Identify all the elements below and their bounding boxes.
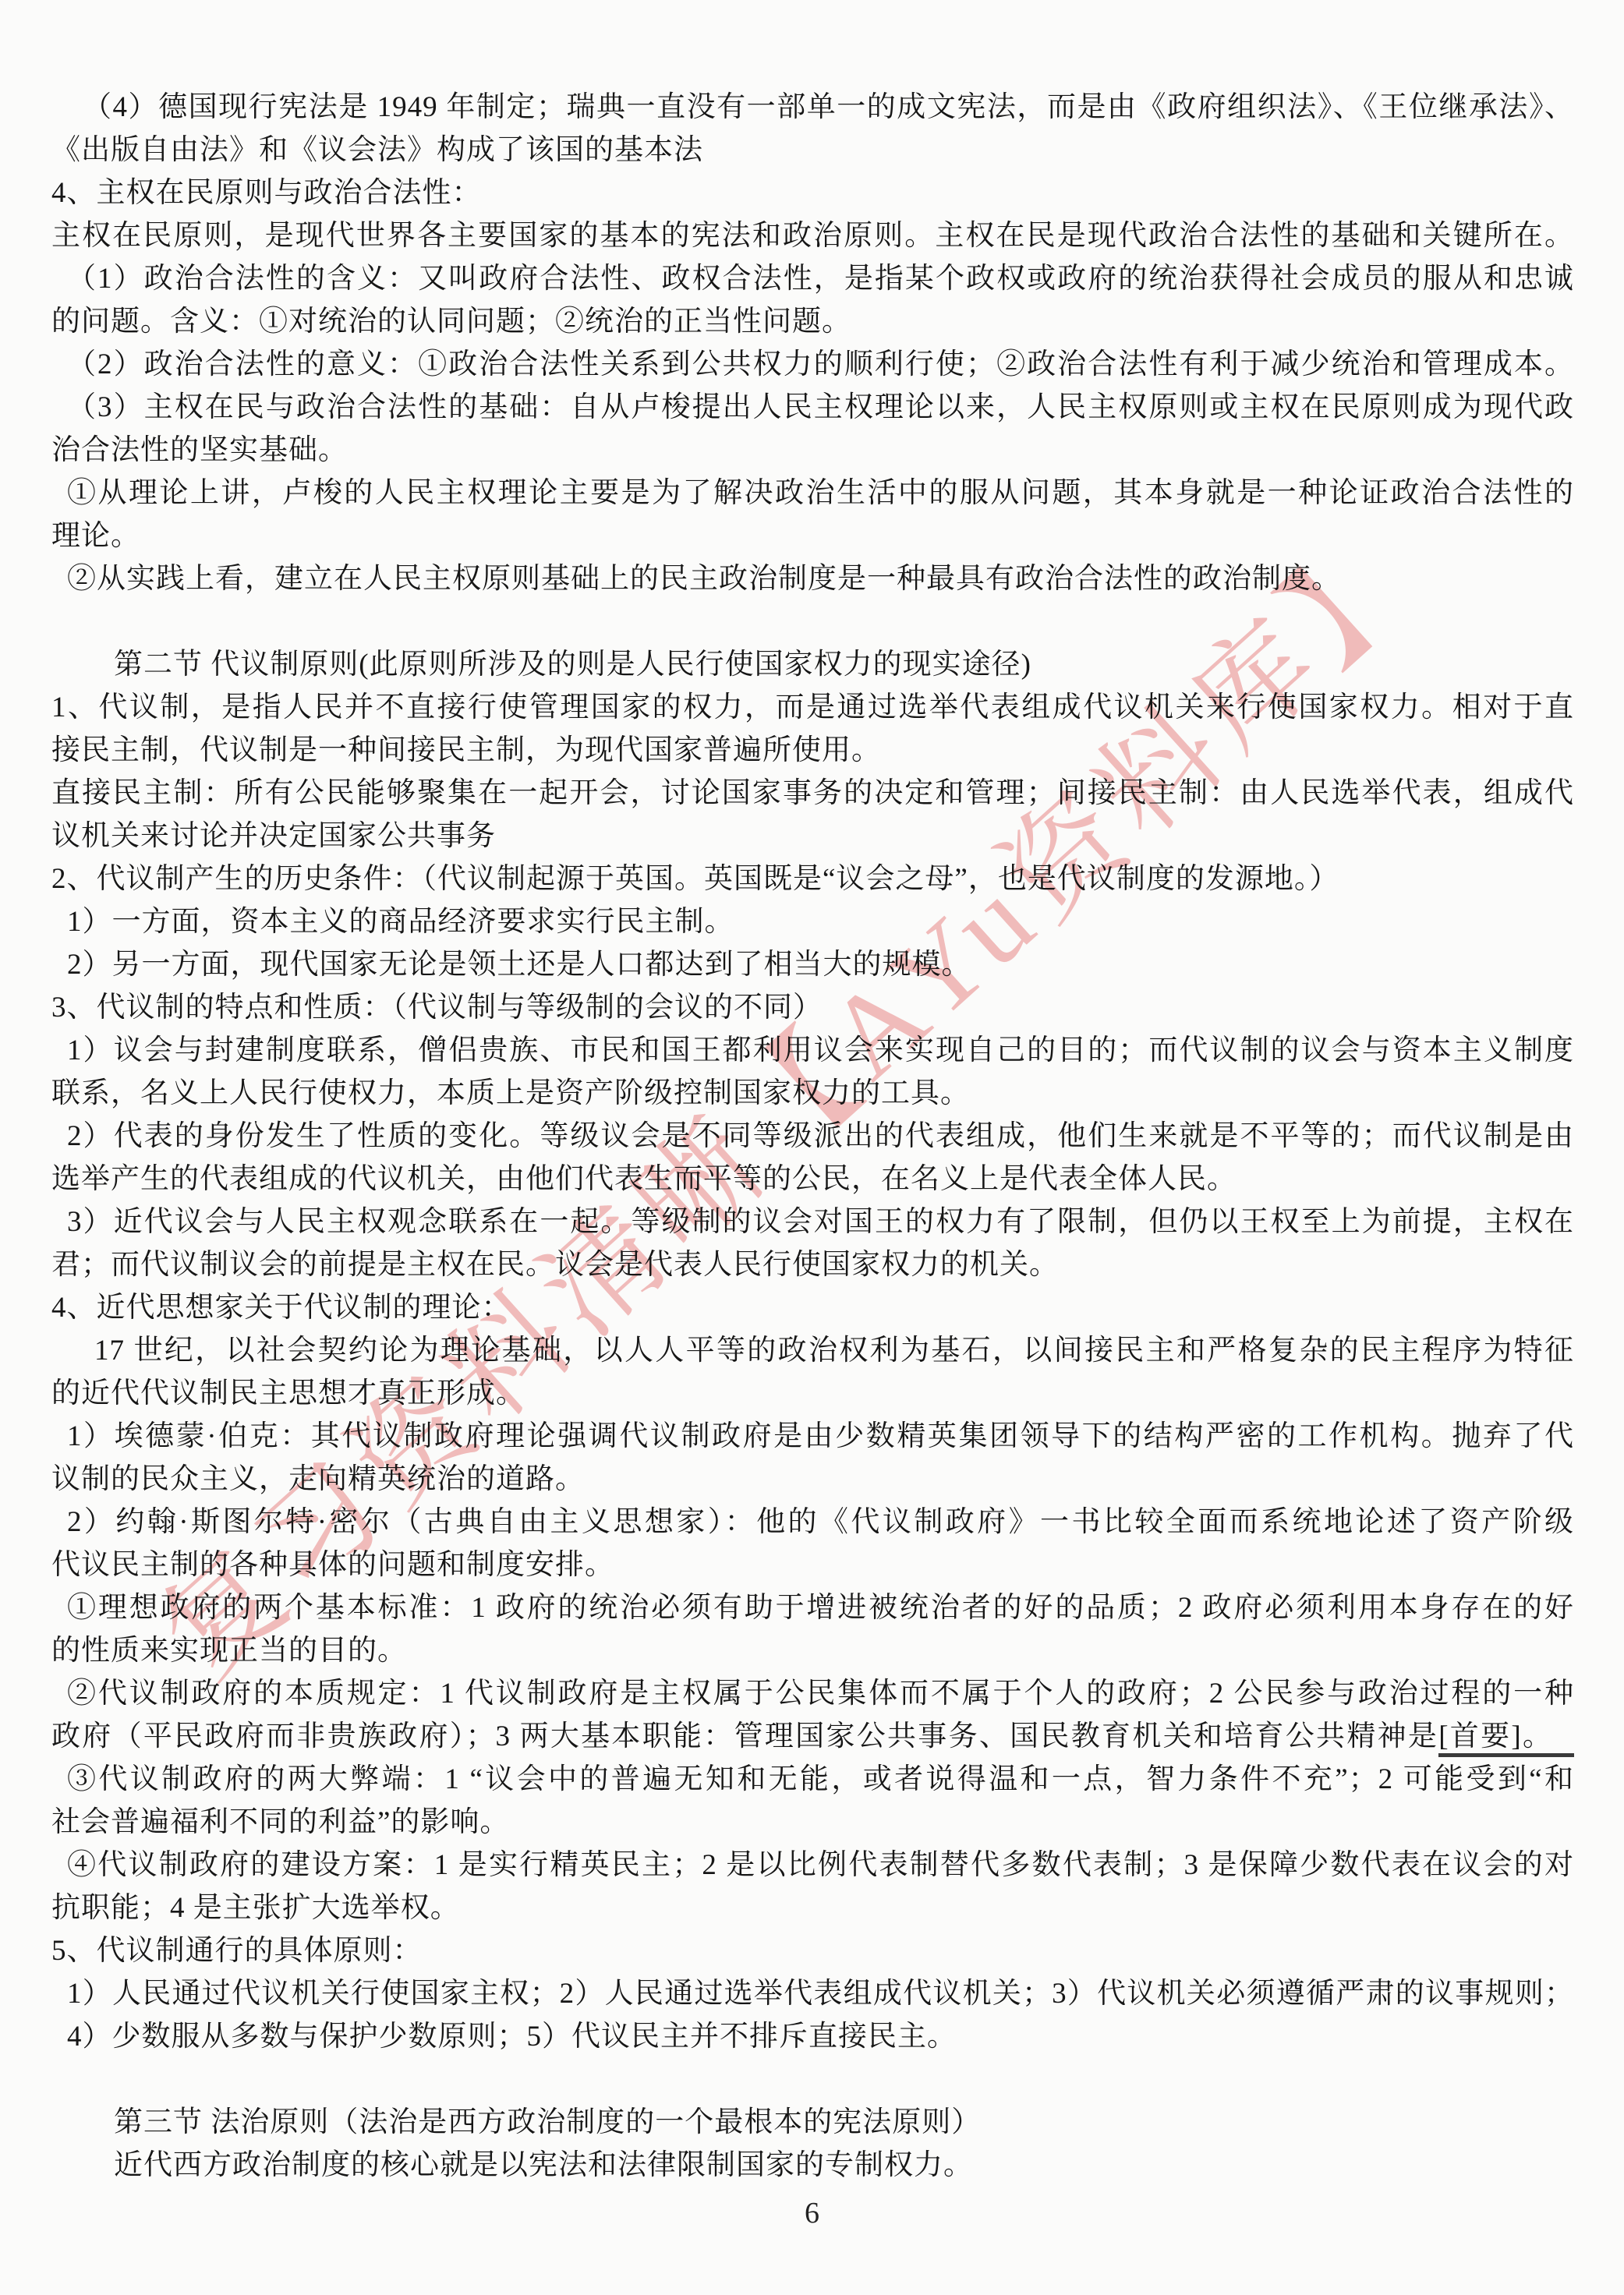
line-text: 代议民主制的各种具体的问题和制度安排。 [51,1549,614,1581]
text-line: ④代议制政府的建设方案：1 是实行精英民主；2 是以比例代表制替代多数代表制；3… [51,1844,1574,1887]
text-line: 4、近代思想家关于代议制的理论： [51,1286,1574,1329]
text-line: 2）约翰·斯图尔特·密尔（古典自由主义思想家）：他的《代议制政府》一书比较全面而… [51,1501,1574,1544]
line-text: ②代议制政府的本质规定：1 代议制政府是主权属于公民集体而不属于个人的政府；2 … [67,1678,1574,1710]
line-text: 近代西方政治制度的核心就是以宪法和法律限制国家的专制权力。 [114,2149,973,2181]
line-text: 1）议会与封建制度联系，僧侣贵族、市民和国王都利用议会来实现自己的目的；而代议制… [67,1034,1574,1066]
text-line: 2）另一方面，现代国家无论是领土还是人口都达到了相当大的规模。 [51,943,1574,986]
line-text: 治合法性的坚实基础。 [51,434,348,466]
text-line: 4）少数服从多数与保护少数原则；5）代议民主并不排斥直接民主。 [51,2015,1574,2058]
line-text: 的性质来实现正当的目的。 [51,1635,407,1667]
text-line: 主权在民原则，是现代世界各主要国家的基本的宪法和政治原则。主权在民是现代政治合法… [51,214,1574,257]
line-text: ①理想政府的两个基本标准：1 政府的统治必须有助于增进被统治者的好的品质；2 政… [67,1592,1574,1624]
line-text: （4）德国现行宪法是 1949 年制定；瑞典一直没有一部单一的成文宪法，而是由《… [83,91,1574,123]
text-line: 2、代议制产生的历史条件：（代议制起源于英国。英国既是“议会之母”，也是代议制度… [51,858,1574,900]
underlined-text: [首要]。 [1438,1720,1574,1757]
text-line: 代议民主制的各种具体的问题和制度安排。 [51,1544,1574,1586]
text-line: 1、代议制，是指人民并不直接行使管理国家的权力，而是通过选举代表组成代议机关来行… [51,686,1574,729]
line-text: 1）埃德蒙·伯克：其代议制政府理论强调代议制政府是由少数精英集团领导下的结构严密… [67,1420,1574,1452]
line-text: 1）人民通过代议机关行使国家主权；2）人民通过选举代表组成代议机关；3）代议机关… [67,1978,1574,2010]
line-text: 4）少数服从多数与保护少数原则；5）代议民主并不排斥直接民主。 [67,2021,957,2053]
line-text: 3）近代议会与人民主权观念联系在一起。等级制的议会对国王的权力有了限制，但仍以王… [67,1206,1574,1238]
line-text: 直接民主制：所有公民能够聚集在一起开会，讨论国家事务的决定和管理；间接民主制：由… [51,777,1574,809]
text-line: 治合法性的坚实基础。 [51,429,1574,472]
line-text: 社会普遍福利不同的利益”的影响。 [51,1806,509,1838]
line-text: ③代议制政府的两大弊端：1 “议会中的普遍无知和无能，或者说得温和一点，智力条件… [67,1763,1574,1795]
blank-line [51,2058,1574,2101]
line-text: ④代议制政府的建设方案：1 是实行精英民主；2 是以比例代表制替代多数代表制；3… [67,1849,1574,1881]
text-line: 的近代代议制民主思想才真正形成。 [51,1372,1574,1415]
line-text: 的问题。含义：①对统治的认同问题；②统治的正当性问题。 [51,306,851,338]
line-text: 第二节 代议制原则(此原则所涉及的则是人民行使国家权力的现实途径) [114,649,1031,681]
text-line: 议机关来讨论并决定国家公共事务 [51,815,1574,858]
line-text: 君；而代议制议会的前提是主权在民。议会是代表人民行使国家权力的机关。 [51,1249,1059,1281]
text-line: （1）政治合法性的含义：又叫政府合法性、政权合法性，是指某个政权或政府的统治获得… [51,257,1574,300]
line-text: 主权在民原则，是现代世界各主要国家的基本的宪法和政治原则。主权在民是现代政治合法… [51,220,1574,252]
text-line: 1）埃德蒙·伯克：其代议制政府理论强调代议制政府是由少数精英集团领导下的结构严密… [51,1415,1574,1458]
text-line: 政府（平民政府而非贵族政府）；3 两大基本职能：管理国家公共事务、国民教育机关和… [51,1715,1574,1758]
line-text: 第三节 法治原则（法治是西方政治制度的一个最根本的宪法原则） [114,2106,981,2138]
line-text: 选举产生的代表组成的代议机关，由他们代表生而平等的公民，在名义上是代表全体人民。 [51,1163,1237,1195]
text-line: 理论。 [51,515,1574,557]
text-line: 的问题。含义：①对统治的认同问题；②统治的正当性问题。 [51,300,1574,343]
text-line: 的性质来实现正当的目的。 [51,1629,1574,1672]
line-text: 4、主权在民原则与政治合法性： [51,177,482,209]
line-text: 5、代议制通行的具体原则： [51,1935,423,1967]
text-line: 1）人民通过代议机关行使国家主权；2）人民通过选举代表组成代议机关；3）代议机关… [51,1972,1574,2015]
text-line: ②从实践上看，建立在人民主权原则基础上的民主政治制度是一种最具有政治合法性的政治… [51,557,1574,600]
text-line: 17 世纪，以社会契约论为理论基础，以人人平等的政治权利为基石，以间接民主和严格… [51,1329,1574,1372]
text-line: ①从理论上讲，卢梭的人民主权理论主要是为了解决政治生活中的服从问题，其本身就是一… [51,472,1574,515]
text-line: 3、代议制的特点和性质：（代议制与等级制的会议的不同） [51,986,1574,1029]
line-text: 1、代议制，是指人民并不直接行使管理国家的权力，而是通过选举代表组成代议机关来行… [51,691,1574,723]
line-text: 政府（平民政府而非贵族政府）；3 两大基本职能：管理国家公共事务、国民教育机关和… [51,1720,1438,1752]
line-text: 4、近代思想家关于代议制的理论： [51,1292,511,1324]
text-line: （4）德国现行宪法是 1949 年制定；瑞典一直没有一部单一的成文宪法，而是由《… [51,86,1574,129]
line-text: （2）政治合法性的意义：①政治合法性关系到公共权力的顺利行使；②政治合法性有利于… [67,348,1574,380]
line-text: 抗职能；4 是主张扩大选举权。 [51,1892,460,1924]
line-text: 1）一方面，资本主义的商品经济要求实行民主制。 [67,906,734,938]
line-text: ①从理论上讲，卢梭的人民主权理论主要是为了解决政治生活中的服从问题，其本身就是一… [67,477,1574,509]
text-line: 君；而代议制议会的前提是主权在民。议会是代表人民行使国家权力的机关。 [51,1243,1574,1286]
blank-line [51,600,1574,643]
text-line: ①理想政府的两个基本标准：1 政府的统治必须有助于增进被统治者的好的品质；2 政… [51,1586,1574,1629]
text-line: 抗职能；4 是主张扩大选举权。 [51,1887,1574,1929]
line-text: 联系，名义上人民行使权力，本质上是资产阶级控制国家权力的工具。 [51,1077,970,1109]
text-line: 《出版自由法》和《议会法》构成了该国的基本法 [51,129,1574,172]
line-text: ②从实践上看，建立在人民主权原则基础上的民主政治制度是一种最具有政治合法性的政治… [67,563,1341,595]
line-text: 接民主制，代议制是一种间接民主制，为现代国家普遍所使用。 [51,734,881,766]
document-page: 复习资料清晰【AYu资料库】 （4）德国现行宪法是 1949 年制定；瑞典一直没… [0,0,1624,2295]
text-line: 1）一方面，资本主义的商品经济要求实行民主制。 [51,900,1574,943]
line-text: 17 世纪，以社会契约论为理论基础，以人人平等的政治权利为基石，以间接民主和严格… [94,1335,1574,1367]
text-line: （2）政治合法性的意义：①政治合法性关系到公共权力的顺利行使；②政治合法性有利于… [51,343,1574,386]
page-number: 6 [0,2192,1624,2235]
line-text: 3、代议制的特点和性质：（代议制与等级制的会议的不同） [51,992,823,1024]
line-text: 议机关来讨论并决定国家公共事务 [51,820,496,852]
line-text: 2、代议制产生的历史条件：（代议制起源于英国。英国既是“议会之母”，也是代议制度… [51,863,1339,895]
line-text: 《出版自由法》和《议会法》构成了该国的基本法 [51,134,703,166]
text-line: 4、主权在民原则与政治合法性： [51,172,1574,214]
text-line: 直接民主制：所有公民能够聚集在一起开会，讨论国家事务的决定和管理；间接民主制：由… [51,772,1574,815]
text-line: 1）议会与封建制度联系，僧侣贵族、市民和国王都利用议会来实现自己的目的；而代议制… [51,1029,1574,1072]
text-line: 2）代表的身份发生了性质的变化。等级议会是不同等级派出的代表组成，他们生来就是不… [51,1115,1574,1158]
line-text: 的近代代议制民主思想才真正形成。 [51,1377,525,1409]
text-line: ③代议制政府的两大弊端：1 “议会中的普遍无知和无能，或者说得温和一点，智力条件… [51,1758,1574,1801]
text-line: ②代议制政府的本质规定：1 代议制政府是主权属于公民集体而不属于个人的政府；2 … [51,1672,1574,1715]
text-line: 5、代议制通行的具体原则： [51,1929,1574,1972]
line-text: （1）政治合法性的含义：又叫政府合法性、政权合法性，是指某个政权或政府的统治获得… [67,263,1574,295]
text-line: （3）主权在民与政治合法性的基础：自从卢梭提出人民主权理论以来，人民主权原则或主… [51,386,1574,429]
text-line: 社会普遍福利不同的利益”的影响。 [51,1801,1574,1844]
text-line: 议制的民众主义，走向精英统治的道路。 [51,1458,1574,1501]
text-line: 近代西方政治制度的核心就是以宪法和法律限制国家的专制权力。 [51,2144,1574,2187]
document-lines: （4）德国现行宪法是 1949 年制定；瑞典一直没有一部单一的成文宪法，而是由《… [51,86,1574,2187]
text-line: 联系，名义上人民行使权力，本质上是资产阶级控制国家权力的工具。 [51,1072,1574,1115]
text-line: 第三节 法治原则（法治是西方政治制度的一个最根本的宪法原则） [51,2101,1574,2144]
line-text: 2）另一方面，现代国家无论是领土还是人口都达到了相当大的规模。 [67,949,971,981]
line-text: 议制的民众主义，走向精英统治的道路。 [51,1463,585,1495]
text-line: 3）近代议会与人民主权观念联系在一起。等级制的议会对国王的权力有了限制，但仍以王… [51,1201,1574,1243]
text-line: 第二节 代议制原则(此原则所涉及的则是人民行使国家权力的现实途径) [51,643,1574,686]
line-text: 2）代表的身份发生了性质的变化。等级议会是不同等级派出的代表组成，他们生来就是不… [67,1120,1574,1152]
line-text: 理论。 [51,520,140,552]
text-line: 选举产生的代表组成的代议机关，由他们代表生而平等的公民，在名义上是代表全体人民。 [51,1158,1574,1201]
line-text: （3）主权在民与政治合法性的基础：自从卢梭提出人民主权理论以来，人民主权原则或主… [67,391,1574,423]
text-line: 接民主制，代议制是一种间接民主制，为现代国家普遍所使用。 [51,729,1574,772]
line-text: 2）约翰·斯图尔特·密尔（古典自由主义思想家）：他的《代议制政府》一书比较全面而… [67,1506,1574,1538]
